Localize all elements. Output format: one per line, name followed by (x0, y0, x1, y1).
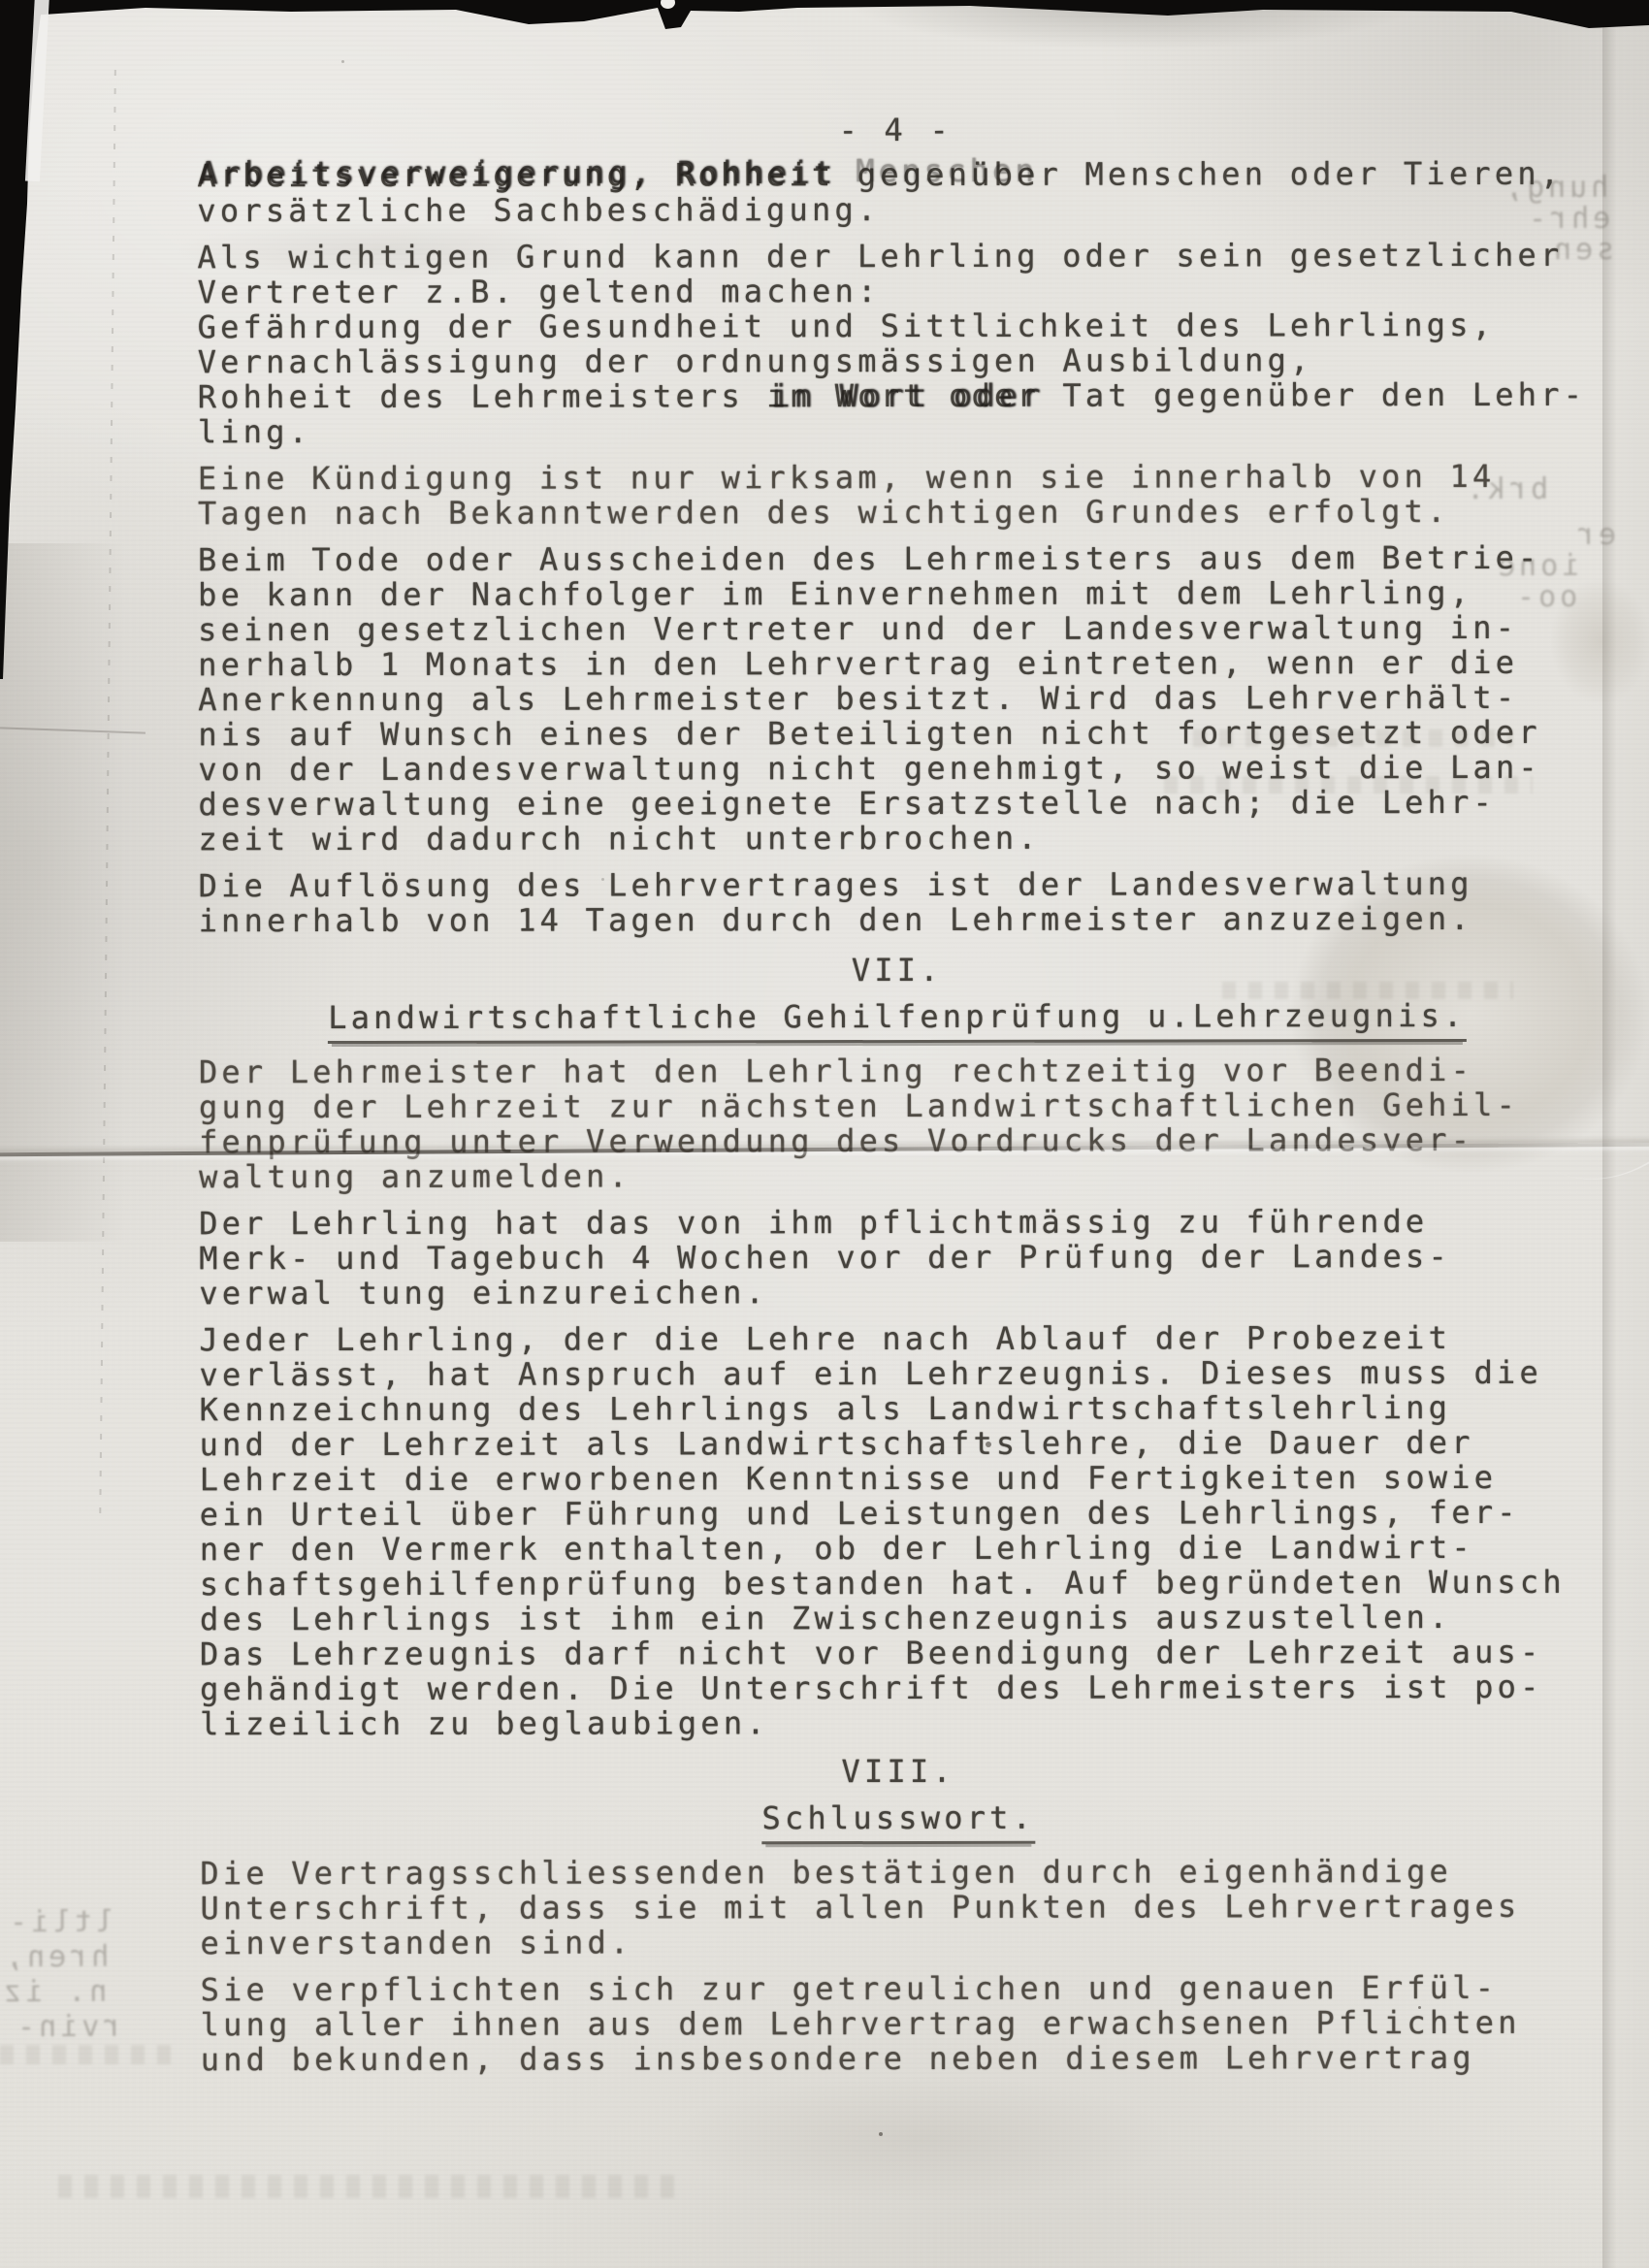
section-title-viii: Schlusswort. (200, 1799, 1597, 1837)
ink-speck (879, 2132, 883, 2136)
paragraph: Als wichtigen Grund kann der Lehrling od… (197, 238, 1594, 450)
vertical-crease (99, 70, 116, 1525)
paragraph: Der Lehrling hat das von ihm pflichtmäss… (199, 1204, 1596, 1312)
paragraph: Sie verpflichten sich zur getreulichen u… (201, 1970, 1598, 2078)
section-title-vii: Landwirtschaftliche Gehilfenprüfung u.Le… (199, 998, 1596, 1036)
scanner-edge-top (0, 0, 1649, 33)
paragraph: Arbeitsverweigerung, Rohheit gegenüber M… (197, 156, 1594, 229)
scanned-page: - 4 - Arbeitsverweigerung, Rohheit gegen… (0, 0, 1649, 2268)
left-crease (0, 727, 145, 733)
page-number: - 4 - (197, 112, 1594, 149)
bleedthrough-smudge (0, 2045, 175, 2064)
bleedthrough-fragment: hren, (2, 1940, 109, 1975)
paragraph: Die Vertragsschliessenden bestätigen dur… (200, 1854, 1597, 1961)
stain (669, 2076, 1174, 2202)
bleedthrough-fragment: n. iz (0, 1975, 107, 2010)
section-title-viii-text: Schlusswort. (761, 1799, 1035, 1844)
bleedthrough-smudge (58, 2175, 679, 2198)
text-column: - 4 - Arbeitsverweigerung, Rohheit gegen… (197, 112, 1598, 2090)
paragraph: Die Auflösung des Lehrvertrages ist der … (199, 866, 1596, 939)
paragraph: Beim Tode oder Ausscheiden des Lehrmeist… (198, 540, 1596, 858)
paragraph: Jeder Lehrling, der die Lehre nach Ablau… (199, 1320, 1597, 1742)
bleedthrough-fragment: rvin- (14, 2010, 120, 2045)
ink-speck (341, 60, 344, 63)
section-numeral-vii: VII. (199, 952, 1596, 989)
paragraph: Eine Kündigung ist nur wirksam, wenn sie… (198, 459, 1595, 532)
bleedthrough-fragment: ltli- (6, 1905, 113, 1940)
paragraph: Der Lehrmeister hat den Lehrling rechtze… (199, 1053, 1596, 1195)
section-title-vii-text: Landwirtschaftliche Gehilfenprüfung u.Le… (328, 997, 1466, 1044)
section-numeral-viii: VIII. (200, 1753, 1597, 1791)
